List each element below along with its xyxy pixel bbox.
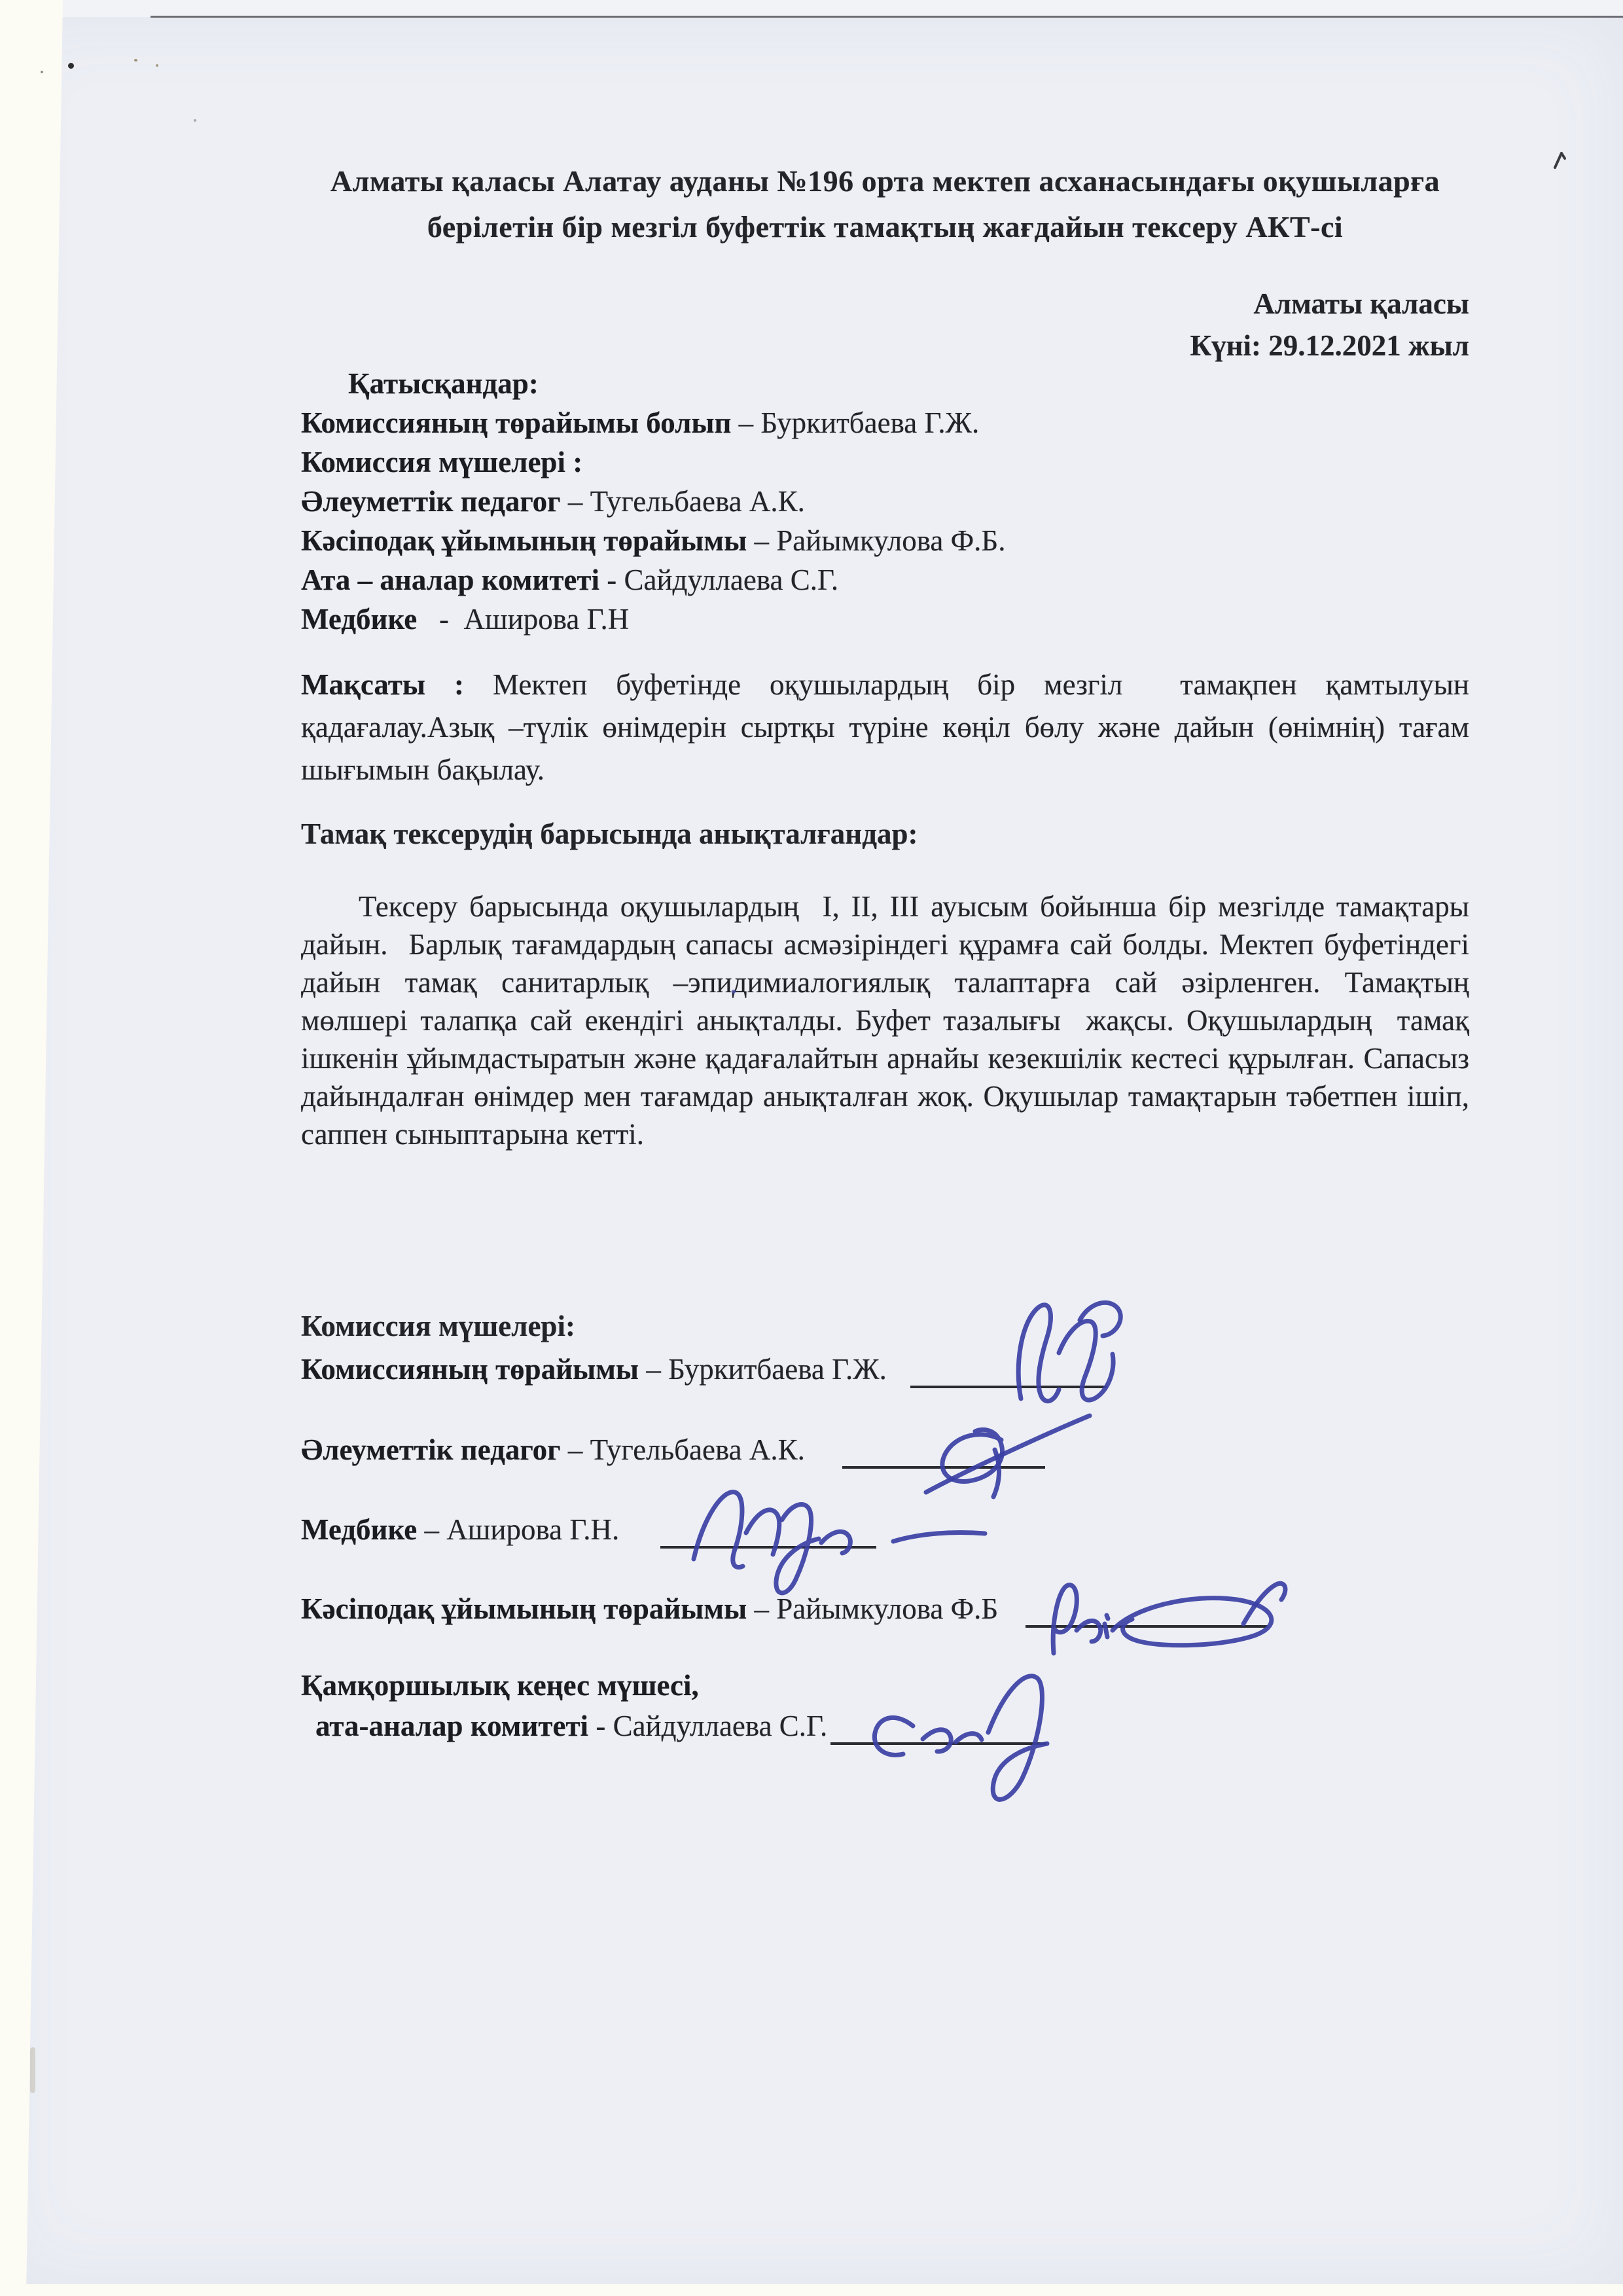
signature-line [910,1380,1107,1388]
participant-role: Ата – аналар комитеті [301,564,599,596]
signature-row-union-chair: Кәсіподақ ұйымының төрайымы – Райымкулов… [301,1589,1469,1628]
participant-role: Әлеуметтік педагог [301,485,561,518]
signature-name: – Райымкулова Ф.Б [747,1592,1005,1625]
pen-tick-mark [1552,148,1571,171]
participant-row: Комиссия мүшелері : [301,442,1469,482]
participant-row: Кәсіподақ ұйымының төрайымы – Райымкулов… [301,521,1469,560]
signature-role: Кәсіподақ ұйымының төрайымы [301,1592,747,1625]
findings-paragraph: Тексеру барысында оқушылардың I, II, III… [301,888,1469,1153]
signature-role: Комиссияның төрайымы [301,1353,639,1386]
participant-role: Комиссия мүшелері : [301,446,582,478]
signature-line [660,1541,876,1549]
signature-name: - Сайдуллаева С.Г. [588,1710,827,1742]
participant-role: Комиссияның төрайымы болып [301,406,731,439]
participant-name: – Буркитбаева Г.Ж. [731,406,979,439]
participant-name: – Тугельбаева А.К. [561,485,805,518]
participant-role: Кәсіподақ ұйымының төрайымы [301,524,747,557]
signature-role: ата-аналар комитеті [315,1710,588,1742]
participant-row: Комиссияның төрайымы болып – Буркитбаева… [301,403,1469,442]
signature-role: Әлеуметтік педагог [301,1433,561,1466]
scanned-page: Алматы қаласы Алатау ауданы №196 орта ме… [0,0,1623,2296]
participant-row: Әлеуметтік педагог – Тугельбаева А.К. [301,482,1469,521]
scan-smudge [30,2047,35,2093]
date-line: Күні: 29.12.2021 жыл [301,325,1469,367]
signature-row-pedagog: Әлеуметтік педагог – Тугельбаева А.К. [301,1430,1469,1469]
scan-top-margin [0,0,1623,17]
city-date-block: Алматы қаласы Күні: 29.12.2021 жыл [301,283,1469,367]
purpose-text: Мектеп буфетінде оқушылардың бір мезгіл … [301,668,1476,786]
findings-heading: Тамақ тексерудің барысында анықталғандар… [301,817,1469,851]
participant-name: - Аширова Г.Н [417,603,629,636]
signature-name: – Аширова Г.Н. [417,1513,634,1546]
purpose-label: Мақсаты : [301,668,464,701]
scan-speck [68,63,74,69]
signature-name: – Буркитбаева Г.Ж. [639,1353,894,1386]
scan-speck [173,58,176,60]
scan-bottom-margin [0,2284,1623,2296]
participants-section: Қатысқандар: Комиссияның төрайымы болып … [301,364,1469,639]
signature-line [842,1461,1045,1469]
signature-line [1026,1620,1268,1628]
signature-row-guardian-line2: ата-аналар комитеті - Сайдуллаева С.Г. [301,1706,1484,1746]
signature-role: Медбике [301,1513,417,1546]
participant-name: – Райымкулова Ф.Б. [747,524,1005,557]
signature-row-guardian-line1: Қамқоршылық кеңес мүшесі, [301,1666,1469,1705]
signature-row-chairwoman: Комиссияның төрайымы – Буркитбаева Г.Ж. [301,1350,1469,1389]
participant-row: Медбике - Аширова Г.Н [301,600,1469,639]
signature-line [830,1737,1046,1745]
ink-speck [732,990,736,994]
signatures-heading: Комиссия мүшелері: [301,1309,1469,1343]
signature-row-nurse: Медбике – Аширова Г.Н. [301,1510,1469,1549]
scan-speck [194,119,196,122]
scan-speck [134,59,137,62]
participant-role: Медбике [301,603,417,636]
purpose-paragraph: Мақсаты : Мектеп буфетінде оқушылардың б… [301,664,1469,791]
document-title: Алматы қаласы Алатау ауданы №196 орта ме… [301,158,1469,250]
scan-speck [41,71,43,73]
scan-speck [156,64,158,67]
signature-name: – Тугельбаева А.К. [561,1433,820,1466]
participants-heading: Қатысқандар: [301,364,1469,403]
participant-name: - Сайдуллаева С.Г. [599,564,838,596]
participant-row: Ата – аналар комитеті - Сайдуллаева С.Г. [301,560,1469,600]
scan-edge-line [151,16,1623,18]
city-line: Алматы қаласы [301,283,1469,325]
signature-role: Қамқоршылық кеңес мүшесі, [301,1669,699,1702]
